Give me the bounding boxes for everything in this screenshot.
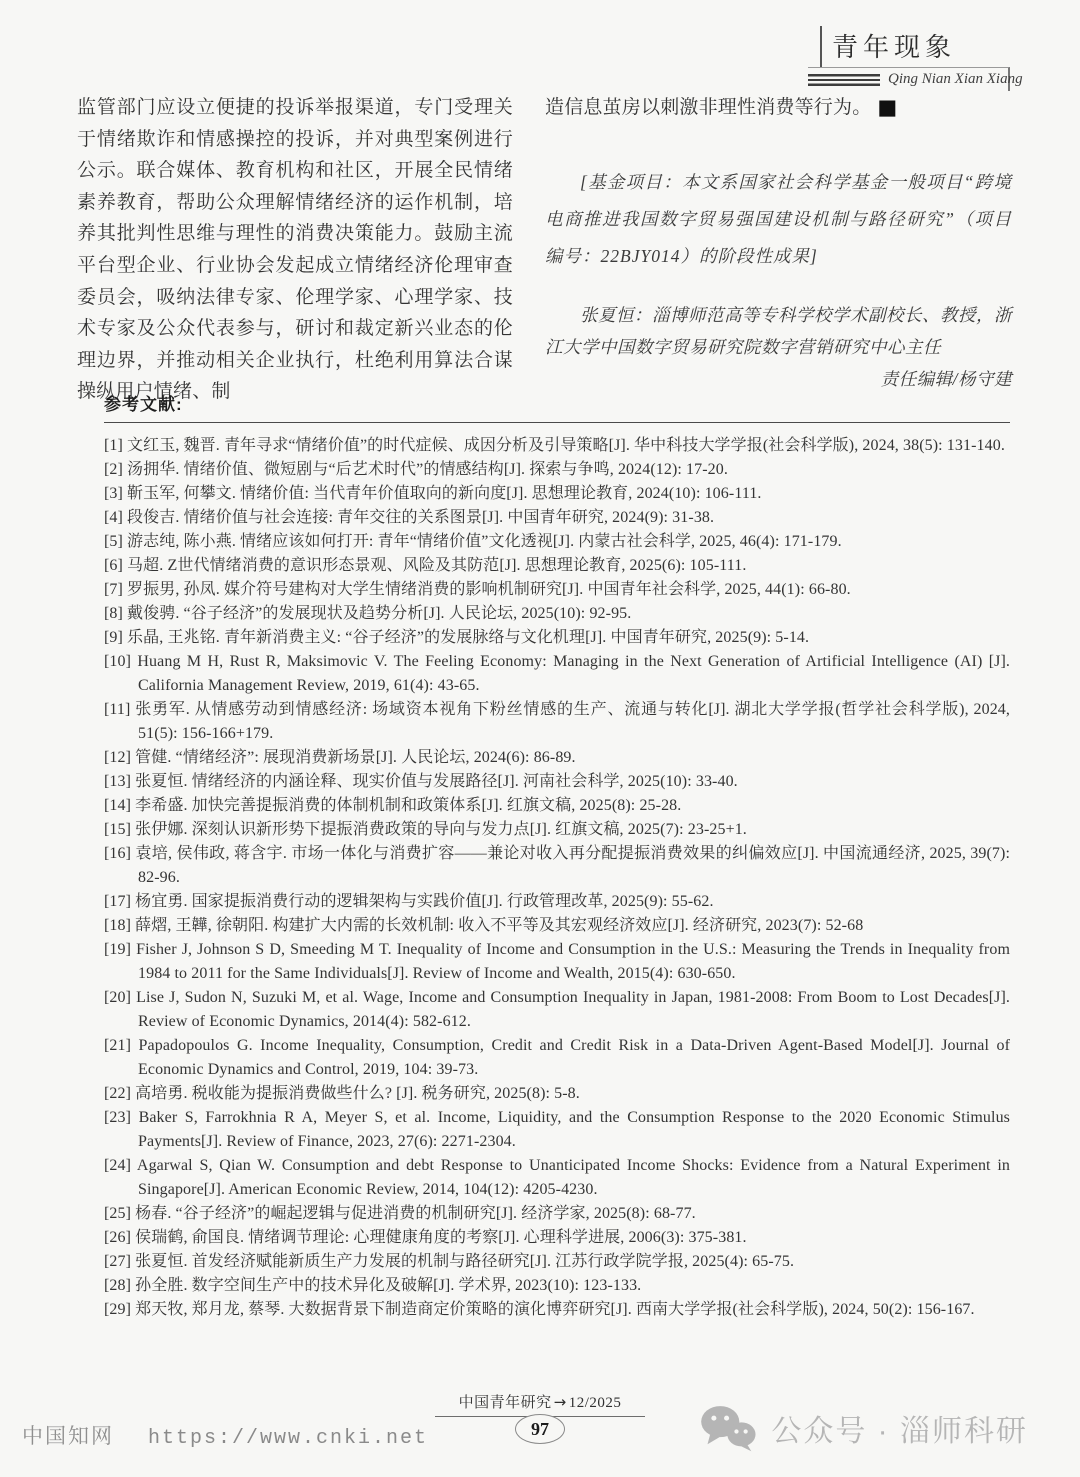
references-section: 参考文献: [1] 文红玉, 魏晋. 青年寻求“情绪价值”的时代症候、成因分析及…: [104, 390, 1010, 1322]
reference-item: [25] 杨春. “谷子经济”的崛起逻辑与促进消费的机制研究[J]. 经济学家,…: [104, 1202, 1010, 1226]
page-footer: 中国青年研究→12/2025 97: [435, 1391, 645, 1444]
issue-label: 12/2025: [569, 1395, 622, 1411]
right-column-text: 造信息茧房以刺激非理性消费等行为。: [545, 97, 871, 118]
cnki-footer: 中国知网 https://www.cnki.net: [22, 1420, 428, 1450]
author-bio: 张夏恒：淄博师范高等专科学校学术副校长、教授，浙江大学中国数字贸易研究院数字营销…: [545, 299, 1012, 363]
left-column-text: 监管部门应设立便捷的投诉举报渠道，专门受理关于情绪欺诈和情感操控的投诉，并对典型…: [77, 92, 513, 408]
reference-item: [11] 张勇军. 从情感劳动到情感经济: 场域资本视角下粉丝情感的生产、流通与…: [104, 698, 1010, 746]
right-column-paragraph: 造信息茧房以刺激非理性消费等行为。■: [545, 92, 1012, 124]
reference-item: [22] 高培勇. 税收能为提振消费做些什么? [J]. 税务研究, 2025(…: [104, 1082, 1010, 1106]
section-title: 青年现象: [820, 26, 1010, 67]
section-header: 青年现象 Qing Nian Xian Xiang: [820, 26, 1010, 91]
reference-item: [9] 乐晶, 王兆铭. 青年新消费主义: “谷子经济”的发展脉络与文化机理[J…: [104, 626, 1010, 650]
reference-item: [21] Papadopoulos G. Income Inequality, …: [104, 1034, 1010, 1082]
reference-item: [5] 游志纯, 陈小燕. 情绪应该如何打开: 青年“情绪价值”文化透视[J].…: [104, 530, 1010, 554]
reference-item: [16] 袁培, 侯伟政, 蒋含宇. 市场一体化与消费扩容——兼论对收入再分配提…: [104, 842, 1010, 890]
reference-item: [13] 张夏恒. 情绪经济的内涵诠释、现实价值与发展路径[J]. 河南社会科学…: [104, 770, 1010, 794]
fund-note: [基金项目：本文系国家社会科学基金一般项目“跨境电商推进我国数字贸易强国建设机制…: [545, 164, 1012, 275]
reference-item: [28] 孙全胜. 数字空间生产中的技术异化及破解[J]. 学术界, 2023(…: [104, 1274, 1010, 1298]
references-divider: [104, 422, 1010, 423]
reference-item: [10] Huang M H, Rust R, Maksimovic V. Th…: [104, 650, 1010, 698]
reference-item: [18] 薛熠, 王韡, 徐朝阳. 构建扩大内需的长效机制: 收入不平等及其宏观…: [104, 914, 1010, 938]
journal-page: 青年现象 Qing Nian Xian Xiang 监管部门应设立便捷的投诉举报…: [0, 0, 1080, 1477]
cnki-label: 中国知网: [22, 1420, 114, 1450]
reference-item: [24] Agarwal S, Qian W. Consumption and …: [104, 1154, 1010, 1202]
reference-item: [19] Fisher J, Johnson S D, Smeeding M T…: [104, 938, 1010, 986]
reference-item: [4] 段俊吉. 情绪价值与社会连接: 青年交往的关系图景[J]. 中国青年研究…: [104, 506, 1010, 530]
journal-name: 中国青年研究: [459, 1395, 552, 1411]
section-subtitle: Qing Nian Xian Xiang: [888, 71, 1023, 88]
section-subtitle-row: Qing Nian Xian Xiang: [808, 67, 1010, 91]
reference-item: [2] 汤拥华. 情绪价值、微短剧与“后艺术时代”的情感结构[J]. 探索与争鸣…: [104, 458, 1010, 482]
reference-item: [17] 杨宜勇. 国家提振消费行动的逻辑架构与实践价值[J]. 行政管理改革,…: [104, 890, 1010, 914]
reference-item: [7] 罗振男, 孙凤. 媒介符号建构对大学生情绪消费的影响机制研究[J]. 中…: [104, 578, 1010, 602]
reference-item: [8] 戴俊骋. “谷子经济”的发展现状及趋势分析[J]. 人民论坛, 2025…: [104, 602, 1010, 626]
reference-item: [1] 文红玉, 魏晋. 青年寻求“情绪价值”的时代症候、成因分析及引导策略[J…: [104, 434, 1010, 458]
reference-item: [20] Lise J, Sudon N, Suzuki M, et al. W…: [104, 986, 1010, 1034]
wechat-footer: 公众号 · 淄师科研: [699, 1404, 1028, 1452]
page-number: 97: [515, 1414, 565, 1444]
reference-item: [3] 靳玉军, 何攀文. 情绪价值: 当代青年价值取向的新向度[J]. 思想理…: [104, 482, 1010, 506]
arrow-icon: →: [554, 1393, 567, 1411]
reference-item: [14] 李希盛. 加快完善提振消费的体制机制和政策体系[J]. 红旗文稿, 2…: [104, 794, 1010, 818]
reference-item: [26] 侯瑞鹤, 俞国良. 情绪调节理论: 心理健康角度的考察[J]. 心理科…: [104, 1226, 1010, 1250]
reference-item: [23] Baker S, Farrokhnia R A, Meyer S, e…: [104, 1106, 1010, 1154]
wechat-icon: [699, 1404, 757, 1452]
reference-item: [6] 马超. Z世代情绪消费的意识形态景观、风险及其防范[J]. 思想理论教育…: [104, 554, 1010, 578]
wechat-label: 公众号 · 淄师科研: [771, 1406, 1028, 1450]
reference-item: [27] 张夏恒. 首发经济赋能新质生产力发展的机制与路径研究[J]. 江苏行政…: [104, 1250, 1010, 1274]
reference-item: [15] 张伊娜. 深刻认识新形势下提振消费政策的导向与发力点[J]. 红旗文稿…: [104, 818, 1010, 842]
cnki-url-link[interactable]: https://www.cnki.net: [148, 1427, 428, 1450]
reference-item: [12] 管健. “情绪经济”: 展现消费新场景[J]. 人民论坛, 2024(…: [104, 746, 1010, 770]
article-end-square: ■: [877, 95, 897, 119]
references-heading: 参考文献:: [104, 390, 1010, 415]
right-column: 造信息茧房以刺激非理性消费等行为。■ [基金项目：本文系国家社会科学基金一般项目…: [545, 92, 1012, 395]
references-list: [1] 文红玉, 魏晋. 青年寻求“情绪价值”的时代症候、成因分析及引导策略[J…: [104, 434, 1010, 1322]
reference-item: [29] 郑天牧, 郑月龙, 蔡琴. 大数据背景下制造商定价策略的演化博弈研究[…: [104, 1298, 1010, 1322]
triple-lines-icon: [808, 74, 880, 86]
